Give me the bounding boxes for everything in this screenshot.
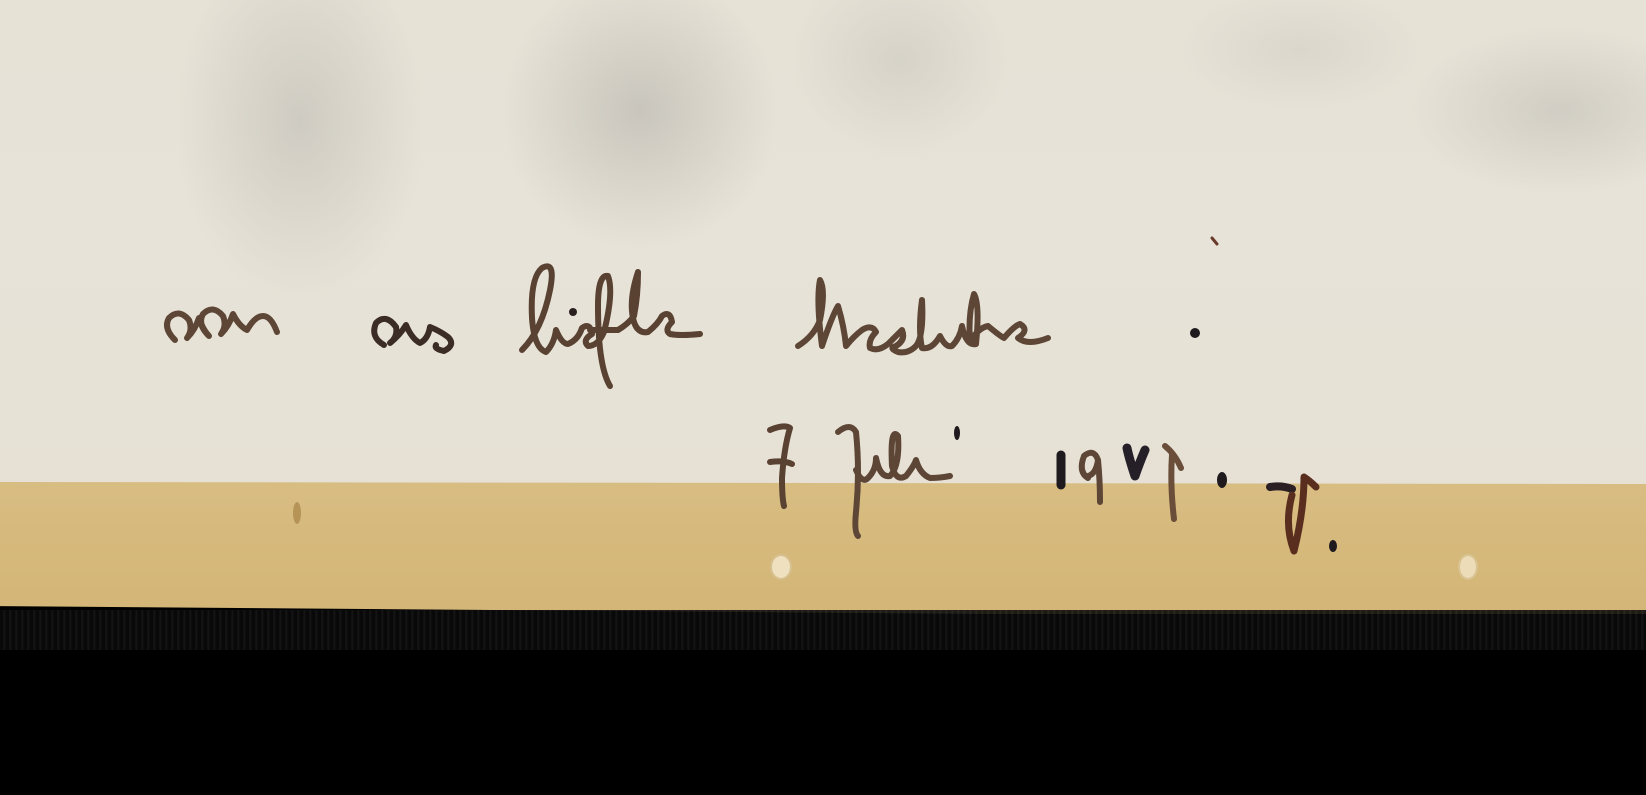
handwritten-inscription — [0, 0, 1646, 795]
inscription-line-1: aan ons liefde Moedeke. — [165, 300, 177, 301]
photograph: aan ons liefde Moedeke. 7 Juli 1947. V. — [0, 0, 1646, 795]
inscription-date: 7 Juli 1947. — [765, 430, 771, 431]
inscription-signature: V. — [1270, 480, 1271, 481]
